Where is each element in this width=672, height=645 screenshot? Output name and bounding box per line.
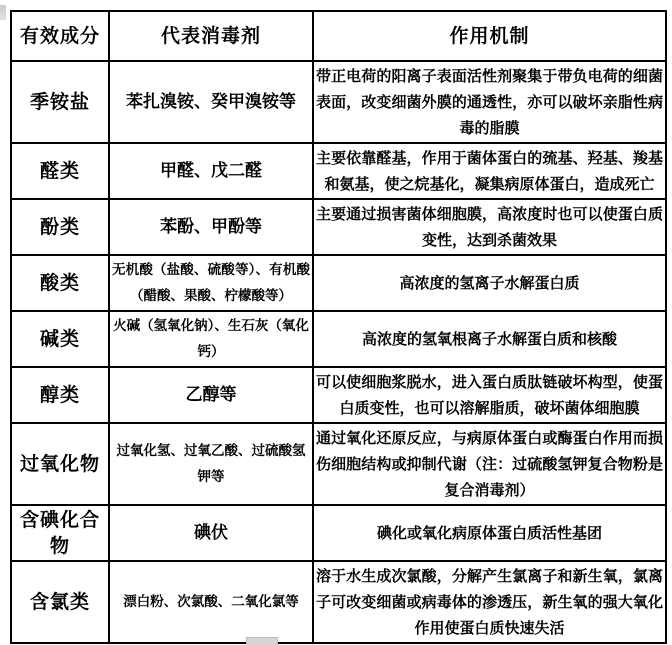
cell-mechanism: 带正电荷的阳离子表面活性剂聚集于带负电荷的细菌表面，改变细菌外膜的通透性，亦可以… (313, 61, 666, 143)
cell-active-ingredient: 含碘化合物 (11, 505, 109, 561)
table-row: 醛类 甲醛、戊二醛 主要依靠醛基，作用于菌体蛋白的巯基、羟基、羧基和氨基，使之烷… (11, 143, 666, 199)
cell-active-ingredient: 含氯类 (11, 561, 109, 643)
cell-active-ingredient: 酚类 (11, 199, 109, 255)
table-row: 含氯类 漂白粉、次氯酸、二氧化氯等 溶于水生成次氯酸，分解产生氯离子和新生氧，氯… (11, 561, 666, 643)
cell-representative-disinfectant: 苯扎溴铵、癸甲溴铵等 (109, 61, 313, 143)
cell-representative-disinfectant: 乙醇等 (109, 367, 313, 423)
cell-active-ingredient: 碱类 (11, 311, 109, 367)
table-row: 碱类 火碱（氢氧化钠）、生石灰（氧化钙） 高浓度的氢氧根离子水解蛋白质和核酸 (11, 311, 666, 367)
header-representative-disinfectant: 代表消毒剂 (109, 11, 313, 61)
header-active-ingredient: 有效成分 (11, 11, 109, 61)
cell-mechanism: 高浓度的氢氧根离子水解蛋白质和核酸 (313, 311, 666, 367)
cell-representative-disinfectant: 碘伏 (109, 505, 313, 561)
table-header-row: 有效成分 代表消毒剂 作用机制 (11, 11, 666, 61)
cell-mechanism: 可以使细胞浆脱水，进入蛋白质肽链破坏构型，使蛋白质变性，也可以溶解脂质，破坏菌体… (313, 367, 666, 423)
cell-representative-disinfectant: 过氧化氢、过氧乙酸、过硫酸氢钾等 (109, 423, 313, 505)
table-row: 醇类 乙醇等 可以使细胞浆脱水，进入蛋白质肽链破坏构型，使蛋白质变性，也可以溶解… (11, 367, 666, 423)
cell-active-ingredient: 季铵盐 (11, 61, 109, 143)
header-mechanism: 作用机制 (313, 11, 666, 61)
table-row: 酚类 苯酚、甲酚等 主要通过损害菌体细胞膜，高浓度时也可以使蛋白质变性，达到杀菌… (11, 199, 666, 255)
cell-representative-disinfectant: 苯酚、甲酚等 (109, 199, 313, 255)
disinfectant-table: 有效成分 代表消毒剂 作用机制 季铵盐 苯扎溴铵、癸甲溴铵等 带正电荷的阳离子表… (10, 10, 667, 644)
cell-representative-disinfectant: 无机酸（盐酸、硫酸等）、有机酸（醋酸、果酸、柠檬酸等） (109, 255, 313, 311)
cell-representative-disinfectant: 甲醛、戊二醛 (109, 143, 313, 199)
cell-mechanism: 碘化或氧化病原体蛋白质活性基团 (313, 505, 666, 561)
cell-mechanism: 通过氧化还原反应，与病原体蛋白或酶蛋白作用而损伤细胞结构或抑制代谢（注：过硫酸氢… (313, 423, 666, 505)
cell-representative-disinfectant: 漂白粉、次氯酸、二氧化氯等 (109, 561, 313, 643)
document-page: 有效成分 代表消毒剂 作用机制 季铵盐 苯扎溴铵、癸甲溴铵等 带正电荷的阳离子表… (0, 0, 672, 645)
cell-active-ingredient: 醛类 (11, 143, 109, 199)
screen-edge-artifact (0, 5, 6, 20)
cell-mechanism: 高浓度的氢离子水解蛋白质 (313, 255, 666, 311)
cell-active-ingredient: 酸类 (11, 255, 109, 311)
table-row: 酸类 无机酸（盐酸、硫酸等）、有机酸（醋酸、果酸、柠檬酸等） 高浓度的氢离子水解… (11, 255, 666, 311)
cell-mechanism: 主要通过损害菌体细胞膜，高浓度时也可以使蛋白质变性，达到杀菌效果 (313, 199, 666, 255)
cell-representative-disinfectant: 火碱（氢氧化钠）、生石灰（氧化钙） (109, 311, 313, 367)
table-row: 含碘化合物 碘伏 碘化或氧化病原体蛋白质活性基团 (11, 505, 666, 561)
cell-mechanism: 溶于水生成次氯酸，分解产生氯离子和新生氧，氯离子可改变细菌或病毒体的渗透压，新生… (313, 561, 666, 643)
table-row: 季铵盐 苯扎溴铵、癸甲溴铵等 带正电荷的阳离子表面活性剂聚集于带负电荷的细菌表面… (11, 61, 666, 143)
cell-active-ingredient: 醇类 (11, 367, 109, 423)
cell-active-ingredient: 过氧化物 (11, 423, 109, 505)
table-row: 过氧化物 过氧化氢、过氧乙酸、过硫酸氢钾等 通过氧化还原反应，与病原体蛋白或酶蛋… (11, 423, 666, 505)
cell-mechanism: 主要依靠醛基，作用于菌体蛋白的巯基、羟基、羧基和氨基，使之烷基化，凝集病原体蛋白… (313, 143, 666, 199)
selection-handle (246, 637, 278, 645)
